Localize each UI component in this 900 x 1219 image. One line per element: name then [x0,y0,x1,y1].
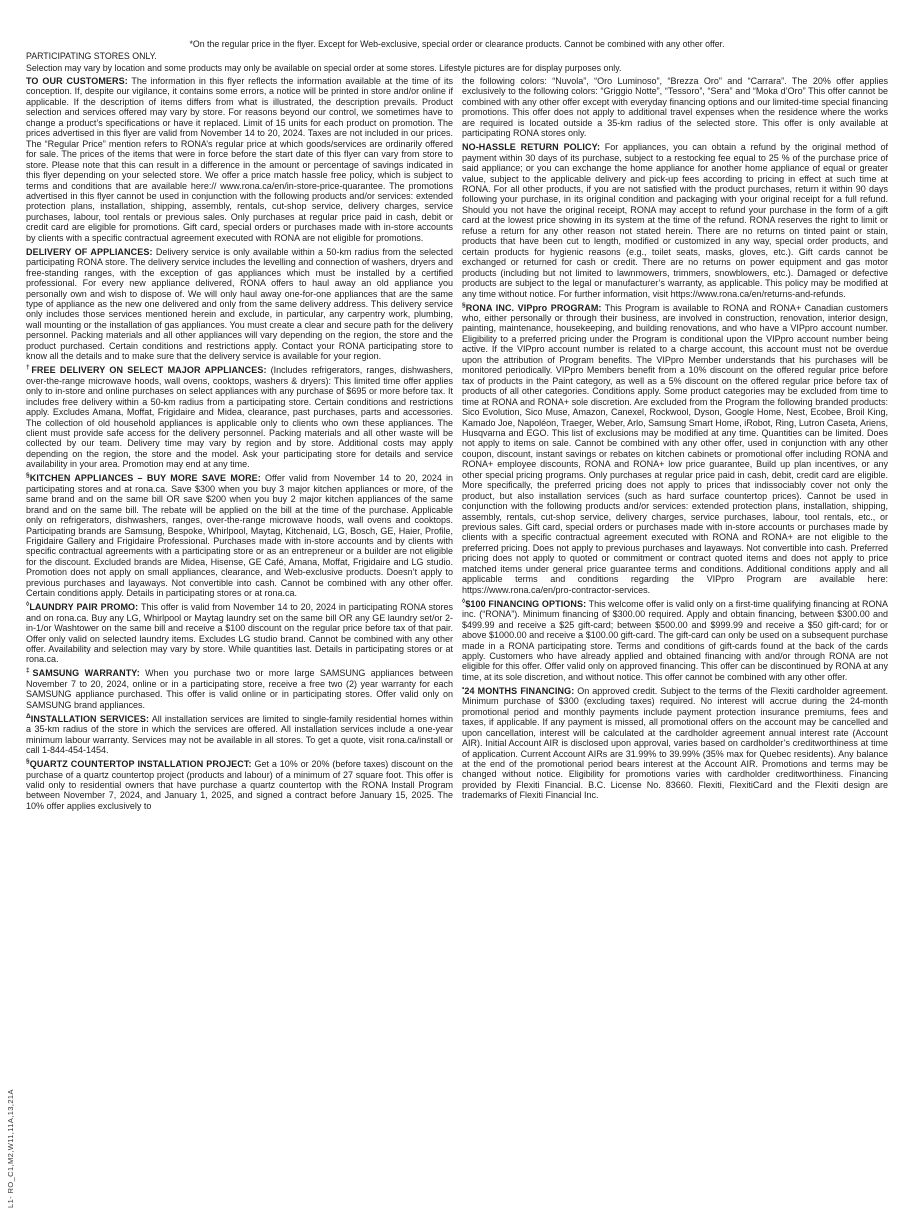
section-100-financing-options: ◊$100 FINANCING OPTIONS: This welcome of… [462,599,888,683]
section-body: This Program is available to RONA and RO… [462,303,888,595]
section-quartz-countertop: §QUARTZ COUNTERTOP INSTALLATION PROJECT:… [26,759,453,811]
section-body: Delivery service is only available withi… [26,247,453,362]
section-samsung-warranty: ‡SAMSUNG WARRANTY: When you purchase two… [26,668,453,710]
section-24-months-financing: •24 MONTHS FINANCING: On approved credit… [462,686,888,801]
section-kitchen-appliances: §KITCHEN APPLIANCES – BUY MORE SAVE MORE… [26,473,453,598]
section-body: the following colors: “Nuvola”, “Oro Lum… [462,76,888,138]
section-title: KITCHEN APPLIANCES – BUY MORE SAVE MORE: [30,473,261,483]
section-title: $100 FINANCING OPTIONS: [465,599,586,609]
section-rona-vippro-program: §RONA INC. VIPpro PROGRAM: This Program … [462,303,888,596]
section-laundry-pair-promo: ◊LAUNDRY PAIR PROMO: This offer is valid… [26,602,453,665]
flyer-fine-print-page: *On the regular price in the flyer. Exce… [0,0,900,1219]
section-body: For appliances, you can obtain a refund … [462,142,888,298]
section-quartz-countertop-continued: the following colors: “Nuvola”, “Oro Lum… [462,76,888,139]
section-body: (Includes refrigerators, ranges, dishwas… [26,365,453,469]
section-title: LAUNDRY PAIR PROMO: [29,602,138,612]
section-installation-services: ΔINSTALLATION SERVICES: All installation… [26,714,453,756]
section-title: INSTALLATION SERVICES: [31,714,149,724]
section-delivery-of-appliances: DELIVERY OF APPLIANCES: Delivery service… [26,247,453,362]
section-free-delivery: †FREE DELIVERY ON SELECT MAJOR APPLIANCE… [26,365,453,470]
section-title: TO OUR CUSTOMERS: [26,76,128,86]
section-to-our-customers: TO OUR CUSTOMERS: The information in thi… [26,76,453,243]
selection-note: Selection may vary by location and some … [26,62,888,74]
section-no-hassle-return-policy: NO-HASSLE RETURN POLICY: For appliances,… [462,142,888,299]
section-title: FREE DELIVERY ON SELECT MAJOR APPLIANCES… [31,365,266,375]
regular-price-note: *On the regular price in the flyer. Exce… [26,38,888,50]
section-body: This welcome offer is valid only on a fi… [462,599,888,682]
top-notes: *On the regular price in the flyer. Exce… [26,38,888,74]
section-body: On approved credit. Subject to the terms… [462,686,888,801]
section-title: 24 MONTHS FINANCING: [464,686,574,696]
section-body: The information in this flyer reflects t… [26,76,453,243]
section-title: NO-HASSLE RETURN POLICY: [462,142,600,152]
section-title: RONA INC. VIPpro PROGRAM: [466,303,602,313]
section-title: SAMSUNG WARRANTY: [33,668,140,678]
section-body: Offer valid from November 14 to 20, 2024… [26,473,453,598]
left-column: TO OUR CUSTOMERS: The information in thi… [26,76,453,1219]
section-title: QUARTZ COUNTERTOP INSTALLATION PROJECT: [30,759,252,769]
right-column: the following colors: “Nuvola”, “Oro Lum… [462,76,888,1219]
edge-print-code: L1- RO_C1,M2,W11,11A,13,21A [6,1089,15,1208]
participating-stores-note: PARTICIPATING STORES ONLY. [26,50,888,62]
section-title: DELIVERY OF APPLIANCES: [26,247,153,257]
two-column-legal-text: TO OUR CUSTOMERS: The information in thi… [26,76,888,1219]
